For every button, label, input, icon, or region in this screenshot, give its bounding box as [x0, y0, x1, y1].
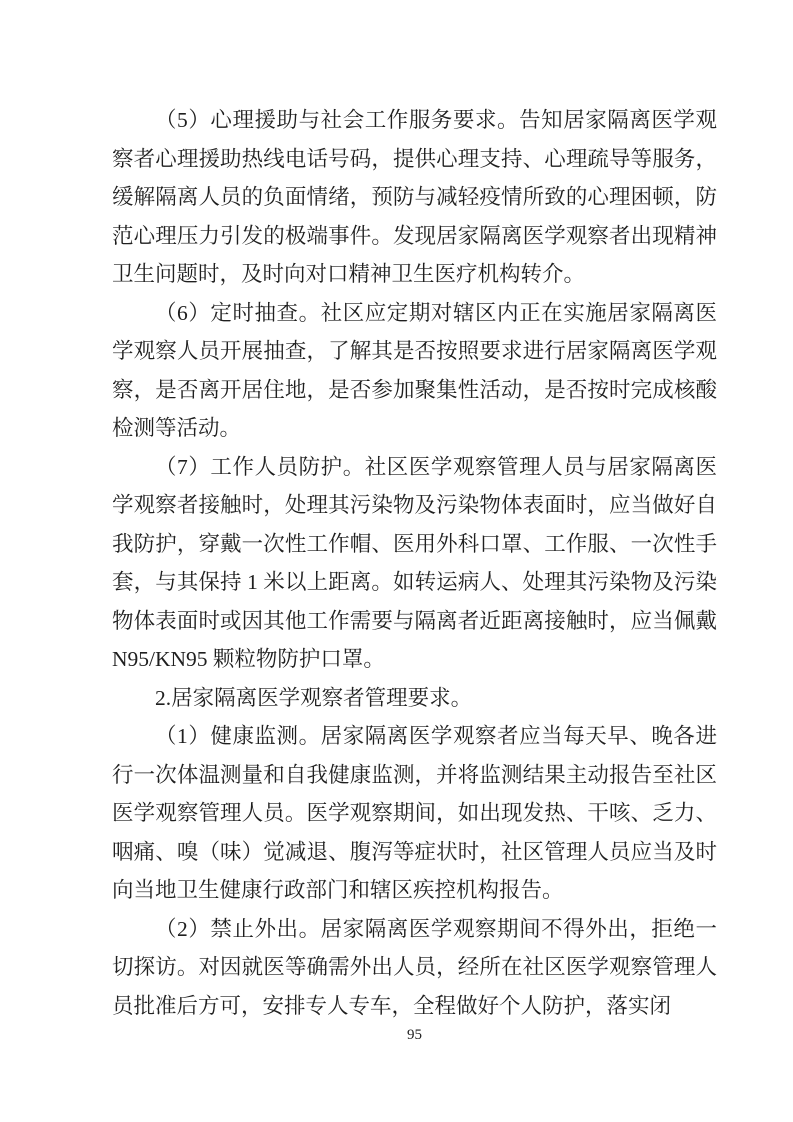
- paragraph-1-health-monitoring: （1）健康监测。居家隔离医学观察者应当每天早、晚各进行一次体温测量和自我健康监测…: [112, 717, 717, 910]
- document-body: （5）心理援助与社会工作服务要求。告知居家隔离医学观察者心理援助热线电话号码，提…: [112, 101, 717, 1025]
- paragraph-6-scheduled-spot-checks: （6）定时抽查。社区应定期对辖区内正在实施居家隔离医学观察人员开展抽查，了解其是…: [112, 294, 717, 448]
- page-number: 95: [112, 1026, 717, 1044]
- heading-2-quarantined-person-management-requirements: 2.居家隔离医学观察者管理要求。: [112, 679, 717, 718]
- document-page: （5）心理援助与社会工作服务要求。告知居家隔离医学观察者心理援助热线电话号码，提…: [0, 0, 793, 1122]
- paragraph-5-psychological-assistance: （5）心理援助与社会工作服务要求。告知居家隔离医学观察者心理援助热线电话号码，提…: [112, 101, 717, 294]
- paragraph-2-no-outings: （2）禁止外出。居家隔离医学观察期间不得外出，拒绝一切探访。对因就医等确需外出人…: [112, 910, 717, 1026]
- paragraph-7-staff-protection: （7）工作人员防护。社区医学观察管理人员与居家隔离医学观察者接触时，处理其污染物…: [112, 448, 717, 679]
